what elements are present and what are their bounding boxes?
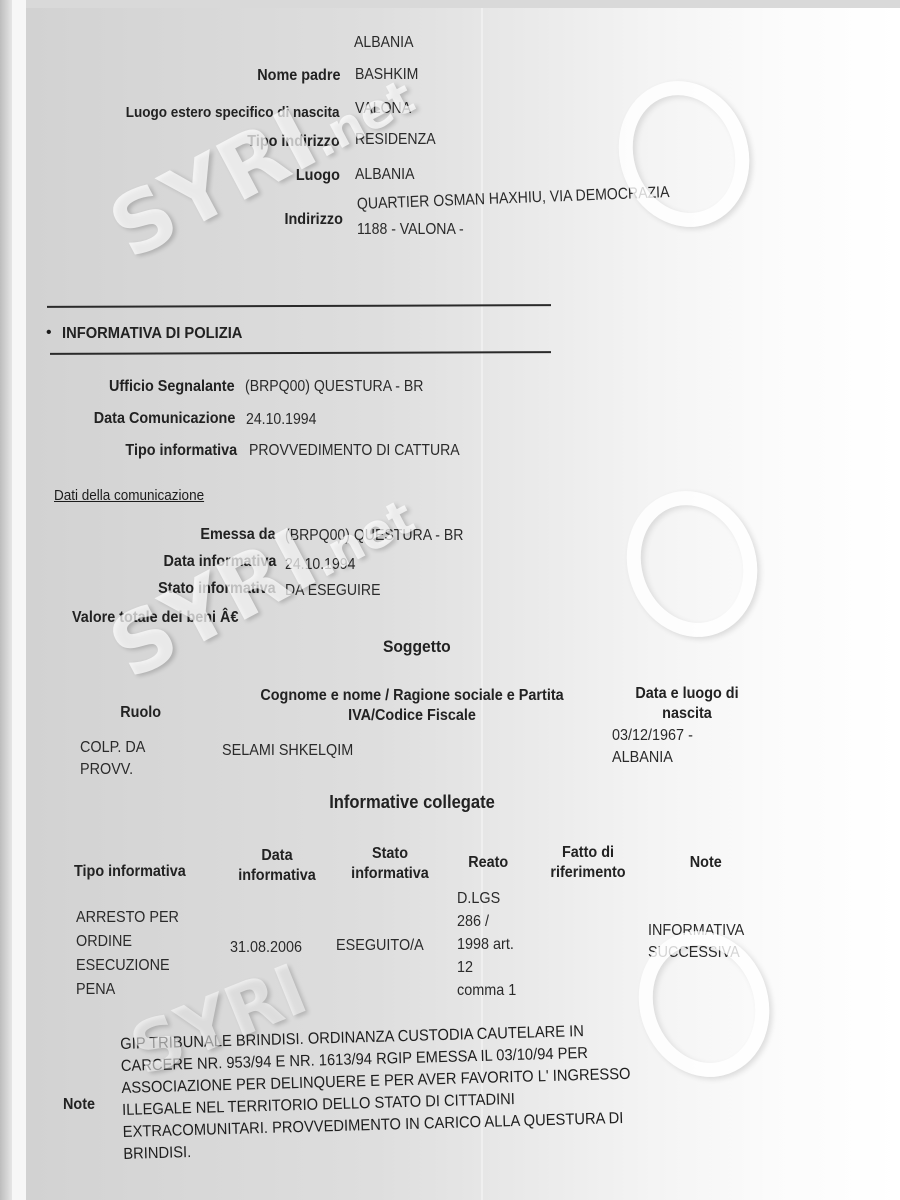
tipo-line2: ORDINE	[76, 930, 179, 954]
reato-line3: 1998 art.	[457, 933, 516, 956]
nome-padre-value: BASHKIM	[355, 66, 418, 84]
reato-line4: 12	[457, 956, 516, 979]
row-note: INFORMATIVA SUCCESSIVA	[648, 920, 744, 964]
note-line2: SUCCESSIVA	[648, 942, 744, 964]
note-body: GIP TRIBUNALE BRINDISI. ORDINANZA CUSTOD…	[120, 1020, 633, 1166]
emessa-da-value: (BRPQ00) QUESTURA - BR	[285, 527, 463, 545]
reato-line2: 286 /	[457, 910, 516, 933]
luogo-nascita-value: VALONA	[355, 100, 411, 118]
tipo-informativa-value: PROVVEDIMENTO DI CATTURA	[249, 442, 460, 460]
indirizzo-label: Indirizzo	[285, 211, 343, 229]
nome-padre-label: Nome padre	[257, 67, 340, 85]
soggetto-nascita: 03/12/1967 - ALBANIA	[612, 725, 693, 769]
tipo-indirizzo-label: Tipo indirizzo	[247, 133, 340, 151]
header-data-line2: informativa	[228, 866, 327, 886]
luogo-value: ALBANIA	[355, 166, 414, 184]
row-data: 31.08.2006	[230, 937, 302, 959]
reato-line1: D.LGS	[457, 887, 516, 910]
header-tipo: Tipo informativa	[74, 862, 186, 882]
row-stato: ESEGUITO/A	[336, 935, 424, 957]
header-fatto-line1: Fatto di	[540, 843, 635, 863]
header-ruolo: Ruolo	[120, 703, 161, 723]
collegate-title: Informative collegate	[329, 792, 495, 813]
tipo-line1: ARRESTO PER	[76, 906, 179, 930]
header-note: Note	[690, 853, 722, 873]
ufficio-segnalante-value: (BRPQ00) QUESTURA - BR	[245, 378, 423, 396]
valore-beni-label: Valore totale dei beni Â€	[72, 609, 238, 627]
ruolo-line1: COLP. DA	[80, 737, 145, 759]
data-informativa-value: 24.10.1994	[285, 556, 355, 574]
table-row: COLP. DA PROVV.	[80, 737, 145, 781]
soggetto-nome: SELAMI SHKELQIM	[222, 740, 353, 762]
ruolo-line2: PROVV.	[80, 759, 145, 781]
page-gap	[12, 0, 26, 1200]
section-bullet: •	[46, 324, 52, 342]
nascita-line1: 03/12/1967 -	[612, 725, 693, 747]
header-fatto-line2: riferimento	[540, 863, 635, 883]
header-data-line1: Data	[228, 846, 327, 866]
luogo-label: Luogo	[296, 167, 340, 185]
header-nascita-line2: nascita	[620, 704, 755, 724]
header-stato: Stato informativa	[341, 844, 438, 884]
header-nome-line1: Cognome e nome / Ragione sociale e Parti…	[246, 686, 577, 706]
note-line1: INFORMATIVA	[648, 920, 744, 942]
note-label: Note	[63, 1096, 95, 1114]
row-tipo: ARRESTO PER ORDINE ESECUZIONE PENA	[76, 906, 179, 1002]
emessa-da-label: Emessa da	[201, 526, 276, 544]
document-page	[26, 8, 900, 1200]
header-nascita-line1: Data e luogo di	[620, 684, 755, 704]
nazione-value: ALBANIA	[354, 34, 413, 52]
header-stato-line2: informativa	[341, 864, 438, 884]
tipo-indirizzo-value: RESIDENZA	[355, 131, 436, 149]
header-stato-line1: Stato	[341, 844, 438, 864]
section-title: INFORMATIVA DI POLIZIA	[62, 325, 242, 343]
data-informativa-label: Data informativa	[163, 553, 276, 571]
reato-line5: comma 1	[457, 979, 516, 1002]
comunicazione-heading: Dati della comunicazione	[54, 487, 204, 504]
tipo-line3: ESECUZIONE	[76, 954, 179, 978]
page-edge	[0, 0, 12, 1200]
data-comunicazione-label: Data Comunicazione	[93, 410, 235, 428]
header-fatto: Fatto di riferimento	[540, 843, 635, 883]
tipo-informativa-label: Tipo informativa	[125, 442, 237, 460]
header-nome: Cognome e nome / Ragione sociale e Parti…	[246, 686, 577, 726]
header-nascita: Data e luogo di nascita	[620, 684, 755, 724]
header-reato: Reato	[468, 853, 508, 873]
tipo-line4: PENA	[76, 978, 179, 1002]
stato-informativa-value: DA ESEGUIRE	[285, 582, 380, 600]
nascita-line2: ALBANIA	[612, 747, 693, 769]
luogo-nascita-label: Luogo estero specifico di nascita	[126, 104, 340, 121]
header-data: Data informativa	[228, 846, 327, 886]
indirizzo-value-line2: 1188 - VALONA -	[357, 221, 464, 239]
header-nome-line2: IVA/Codice Fiscale	[246, 706, 577, 726]
paper-fold	[481, 8, 483, 1200]
soggetto-title: Soggetto	[383, 637, 451, 657]
ufficio-segnalante-label: Ufficio Segnalante	[109, 378, 235, 396]
data-comunicazione-value: 24.10.1994	[246, 411, 316, 429]
row-reato: D.LGS 286 / 1998 art. 12 comma 1	[457, 887, 516, 1002]
stato-informativa-label: Stato informativa	[158, 580, 276, 598]
